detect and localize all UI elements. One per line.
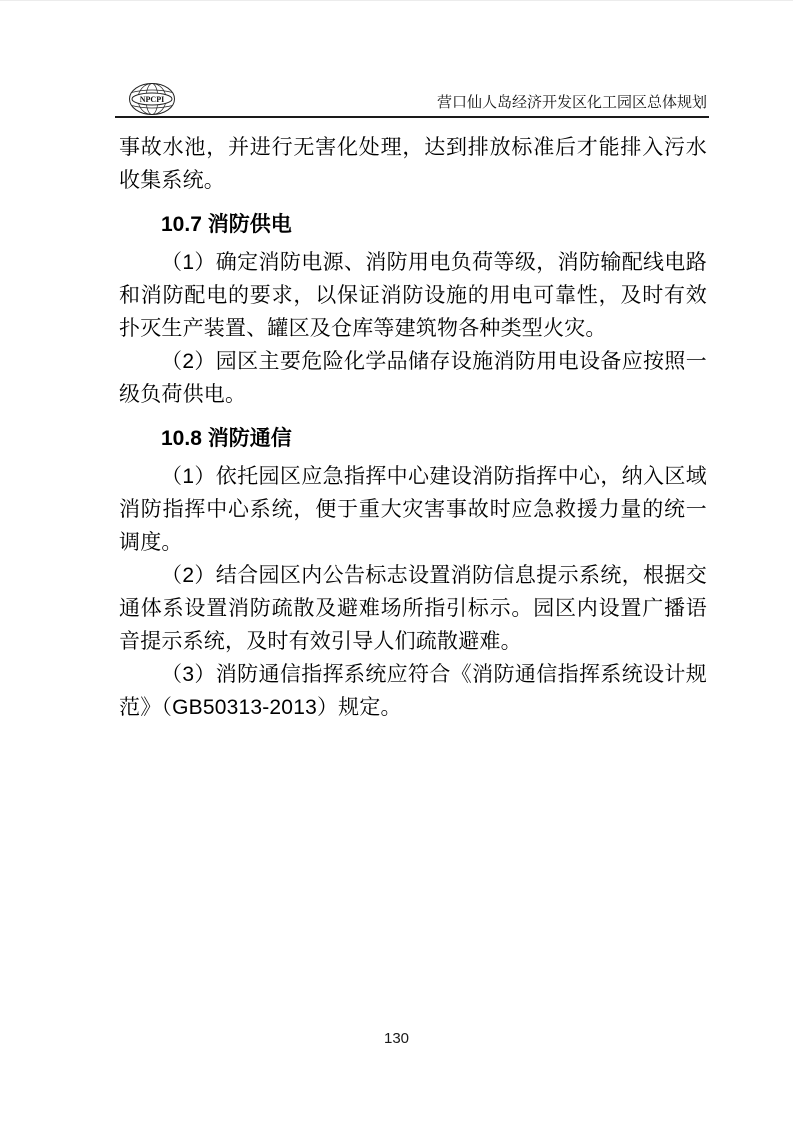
paragraph-10-8-2: （2）结合园区内公告标志设置消防信息提示系统，根据交通体系设置消防疏散及避难场所… [119, 559, 707, 658]
page-footer: 130 [0, 1030, 793, 1048]
header-title: 营口仙人岛经济开发区化工园区总体规划 [437, 93, 707, 113]
svg-text:NPCPI: NPCPI [140, 95, 164, 104]
page-number: 130 [384, 1030, 409, 1047]
paragraph-intro: 事故水池，并进行无害化处理，达到排放标准后才能排入污水收集系统。 [119, 131, 707, 197]
section-heading-10-8: 10.8 消防通信 [119, 427, 707, 451]
document-body: 事故水池，并进行无害化处理，达到排放标准后才能排入污水收集系统。 10.7 消防… [119, 131, 707, 724]
npcpi-logo: NPCPI [128, 82, 176, 116]
section-heading-10-7: 10.7 消防供电 [119, 213, 707, 237]
paragraph-10-7-2: （2）园区主要危险化学品储存设施消防用电设备应按照一级负荷供电。 [119, 345, 707, 411]
paragraph-10-7-1: （1）确定消防电源、消防用电负荷等级，消防输配线电路和消防配电的要求，以保证消防… [119, 246, 707, 345]
paragraph-10-8-3: （3）消防通信指挥系统应符合《消防通信指挥系统设计规范》（GB50313-201… [119, 658, 707, 724]
document-page: NPCPI 营口仙人岛经济开发区化工园区总体规划 事故水池，并进行无害化处理，达… [0, 0, 793, 1122]
paragraph-10-8-1: （1）依托园区应急指挥中心建设消防指挥中心，纳入区域消防指挥中心系统，便于重大灾… [119, 460, 707, 559]
globe-logo-icon: NPCPI [128, 82, 176, 116]
header-rule [115, 116, 709, 118]
